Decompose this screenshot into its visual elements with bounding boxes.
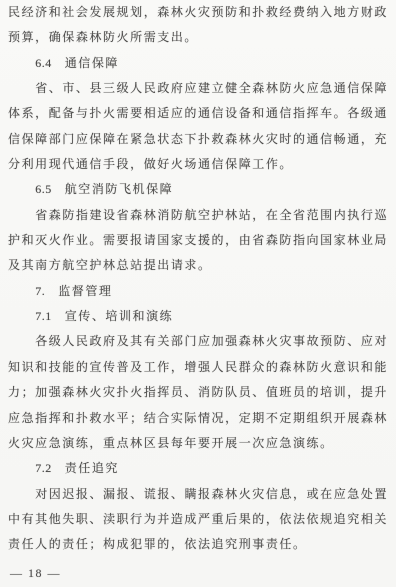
body-text-line: 省、市、县三级人民政府应建立健全森林防火应急通信保障 [8,76,390,101]
body-text-line: 对因迟报、漏报、谎报、瞒报森林火灾信息，或在应急处置 [8,482,390,507]
section-heading-line: 6.5航空消防飞机保障 [8,177,390,202]
document-page: 民经济和社会发展规划，森林火灾预防和扑救经费纳入地方财政预算，确保森林防火所需支… [0,0,396,587]
body-text-line: 护和灭火作业。需要报请国家支援的，由省森防指向国家林业局 [8,228,390,253]
section-number: 7.1 [35,309,52,323]
body-text-line: 及其南方航空护林总站提出请求。 [8,253,390,278]
body-text-line: 责任人的责任；构成犯罪的，依法追究刑事责任。 [8,532,390,557]
section-number: 6.4 [35,56,52,70]
body-text-line: 应急指挥和扑救水平；结合实际情况，定期不定期组织开展森林 [8,406,390,431]
page-number: — 18 — [10,561,61,586]
body-text-line: 预算，确保森林防火所需支出。 [8,25,390,50]
section-number: 7.2 [35,461,52,475]
body-text-line: 火灾应急演练，重点林区县每年要开展一次应急演练。 [8,431,390,456]
body-text-line: 体系，配备与扑火需要相适应的通信设备和通信指挥车。各级通 [8,101,390,126]
body-text-line: 信保障部门应保障在紧急状态下扑救森林火灾时的通信畅通，充 [8,127,390,152]
section-title: 航空消防飞机保障 [65,182,174,196]
section-number: 6.5 [35,182,52,196]
body-text-line: 分利用现代通信手段，做好火场通信保障工作。 [8,152,390,177]
section-number: 7. [35,284,45,298]
document-lines: 民经济和社会发展规划，森林火灾预防和扑救经费纳入地方财政预算，确保森林防火所需支… [8,0,390,558]
section-title: 监督管理 [58,284,112,298]
section-title: 通信保障 [65,56,119,70]
body-text-line: 民经济和社会发展规划，森林火灾预防和扑救经费纳入地方财政 [8,0,390,25]
body-text-line: 省森防指建设省森林消防航空护林站，在全省范围内执行巡 [8,203,390,228]
section-heading-line: 7.1宣传、培训和演练 [8,304,390,329]
body-text-line: 力；加强森林火灾扑火指挥员、消防队员、值班员的培训，提升 [8,380,390,405]
section-title: 责任追究 [65,461,119,475]
body-text-line: 各级人民政府及其有关部门应加强森林火灾事故预防、应对 [8,329,390,354]
section-heading-line: 7.2责任追究 [8,456,390,481]
section-heading-line: 6.4通信保障 [8,51,390,76]
section-heading-line: 7.监督管理 [8,279,390,304]
body-text-line: 知识和技能的宣传普及工作，增强人民群众的森林防火意识和能 [8,355,390,380]
section-title: 宣传、培训和演练 [65,309,174,323]
body-text-line: 中有其他失职、渎职行为并造成严重后果的，依法依规追究相关 [8,507,390,532]
